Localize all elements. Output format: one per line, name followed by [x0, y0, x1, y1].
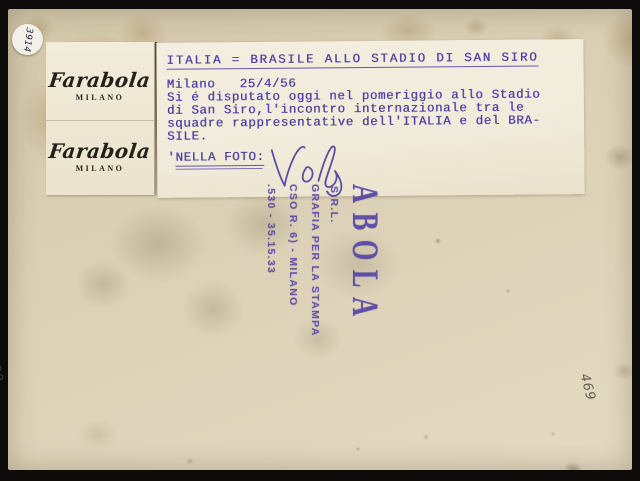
milano-label: MILANO [46, 164, 154, 173]
nella-foto-label: NELLA FOTO: [175, 150, 264, 167]
farabola-wordmark: Farabola [48, 68, 152, 92]
sticker-number: 3914 [21, 27, 34, 53]
photo-credit-row: 'NELLA FOTO: [167, 147, 584, 167]
stamp-line-phone: .530 - 35.15.33 [260, 184, 282, 339]
corner-sticker: 3914 [12, 24, 43, 55]
photo-back-scan: 3914 Farabola MILANO Farabola MILANO ITA… [0, 0, 640, 481]
typed-caption-label: ITALIA = BRASILE ALLO STADIO DI SAN SIRO… [156, 39, 584, 198]
farabola-logo-bottom: Farabola MILANO [46, 139, 154, 173]
farabola-logo-top: Farabola MILANO [46, 68, 154, 102]
handwritten-size-note: 15x80 [0, 336, 6, 384]
agency-stamp: ABOLA S.R.L. GRAFIA PER LA STAMPA CSO R.… [250, 184, 385, 339]
agency-label-strip: Farabola MILANO Farabola MILANO [46, 42, 154, 195]
credit-prefix-mark: ' [167, 151, 175, 165]
stamp-text-large: ABOLA [341, 184, 385, 296]
farabola-wordmark: Farabola [48, 139, 152, 163]
caption-title: ITALIA = BRASILE ALLO STADIO DI SAN SIRO [166, 51, 538, 70]
stamp-srl: S.R.L. [326, 184, 341, 339]
stamp-line-grafia: GRAFIA PER LA STAMPA [304, 184, 326, 339]
stamp-line-address: CSO R. 6) - MILANO [282, 184, 304, 339]
milano-label: MILANO [46, 93, 154, 102]
label-seam [46, 120, 154, 121]
